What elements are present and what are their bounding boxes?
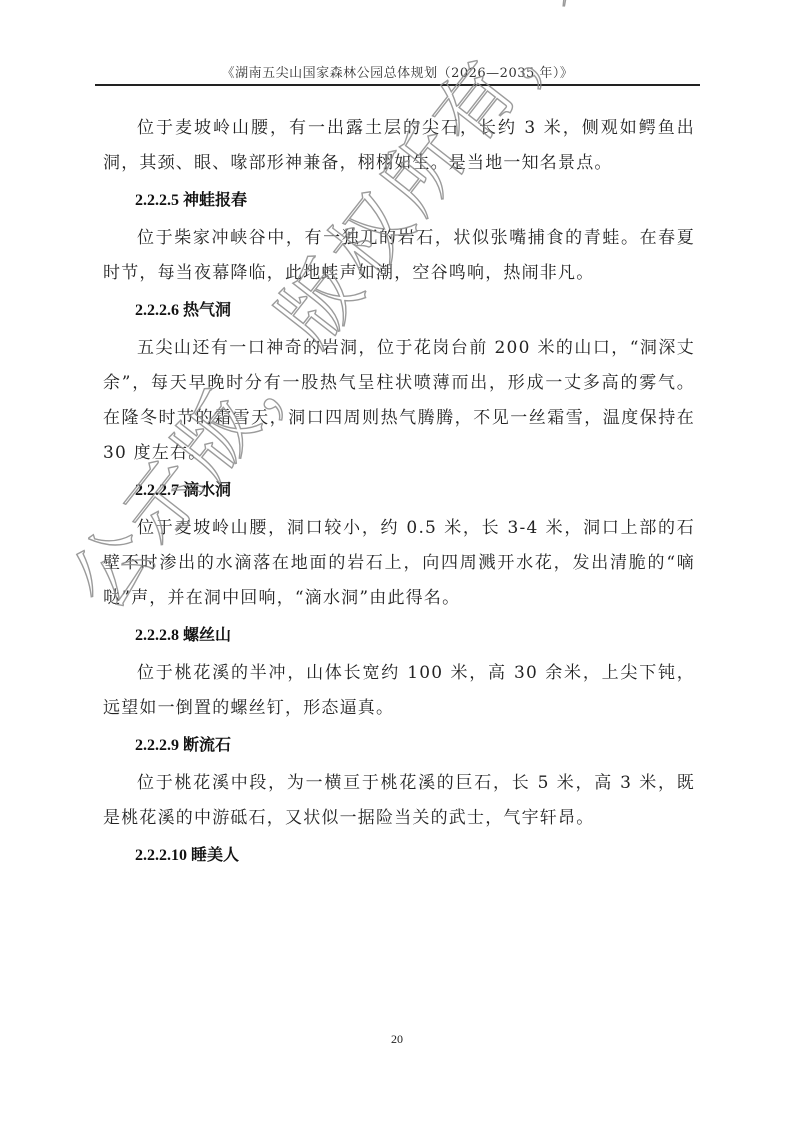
section-heading-2-2-2-7: 2.2.2.7 滴水洞 (103, 471, 695, 511)
section-heading-2-2-2-5: 2.2.2.5 神蛙报春 (103, 181, 695, 221)
paragraph-frog-rock: 位于柴家冲峡谷中，有一独兀的岩石，状似张嘴捕食的青蛙。在春夏时节，每当夜幕降临，… (103, 221, 695, 291)
section-heading-2-2-2-6: 2.2.2.6 热气洞 (103, 291, 695, 331)
document-body: 位于麦坡岭山腰，有一出露土层的尖石，长约 3 米，侧观如鳄鱼出洞，其颈、眼、喙部… (103, 111, 695, 876)
section-heading-2-2-2-9: 2.2.2.9 断流石 (103, 726, 695, 766)
section-heading-2-2-2-10: 2.2.2.10 睡美人 (103, 836, 695, 876)
paragraph-hot-air-cave: 五尖山还有一口神奇的岩洞，位于花岗台前 200 米的山口，“洞深丈余”，每天早晚… (103, 331, 695, 471)
section-heading-2-2-2-8: 2.2.2.8 螺丝山 (103, 616, 695, 656)
page-number: 20 (0, 1032, 794, 1047)
paragraph-dripping-cave: 位于麦坡岭山腰，洞口较小，约 0.5 米，长 3-4 米，洞口上部的石壁不时渗出… (103, 511, 695, 616)
document-header: 《湖南五尖山国家森林公园总体规划（2026—2035 年）》 (95, 62, 700, 81)
header-divider (95, 84, 700, 86)
paragraph-screw-mountain: 位于桃花溪的半冲，山体长宽约 100 米，高 30 余米，上尖下钝，远望如一倒置… (103, 656, 695, 726)
paragraph-flow-breaking-stone: 位于桃花溪中段，为一横亘于桃花溪的巨石，长 5 米，高 3 米，既是桃花溪的中游… (103, 766, 695, 836)
paragraph-crocodile-rock: 位于麦坡岭山腰，有一出露土层的尖石，长约 3 米，侧观如鳄鱼出洞，其颈、眼、喙部… (103, 111, 695, 181)
